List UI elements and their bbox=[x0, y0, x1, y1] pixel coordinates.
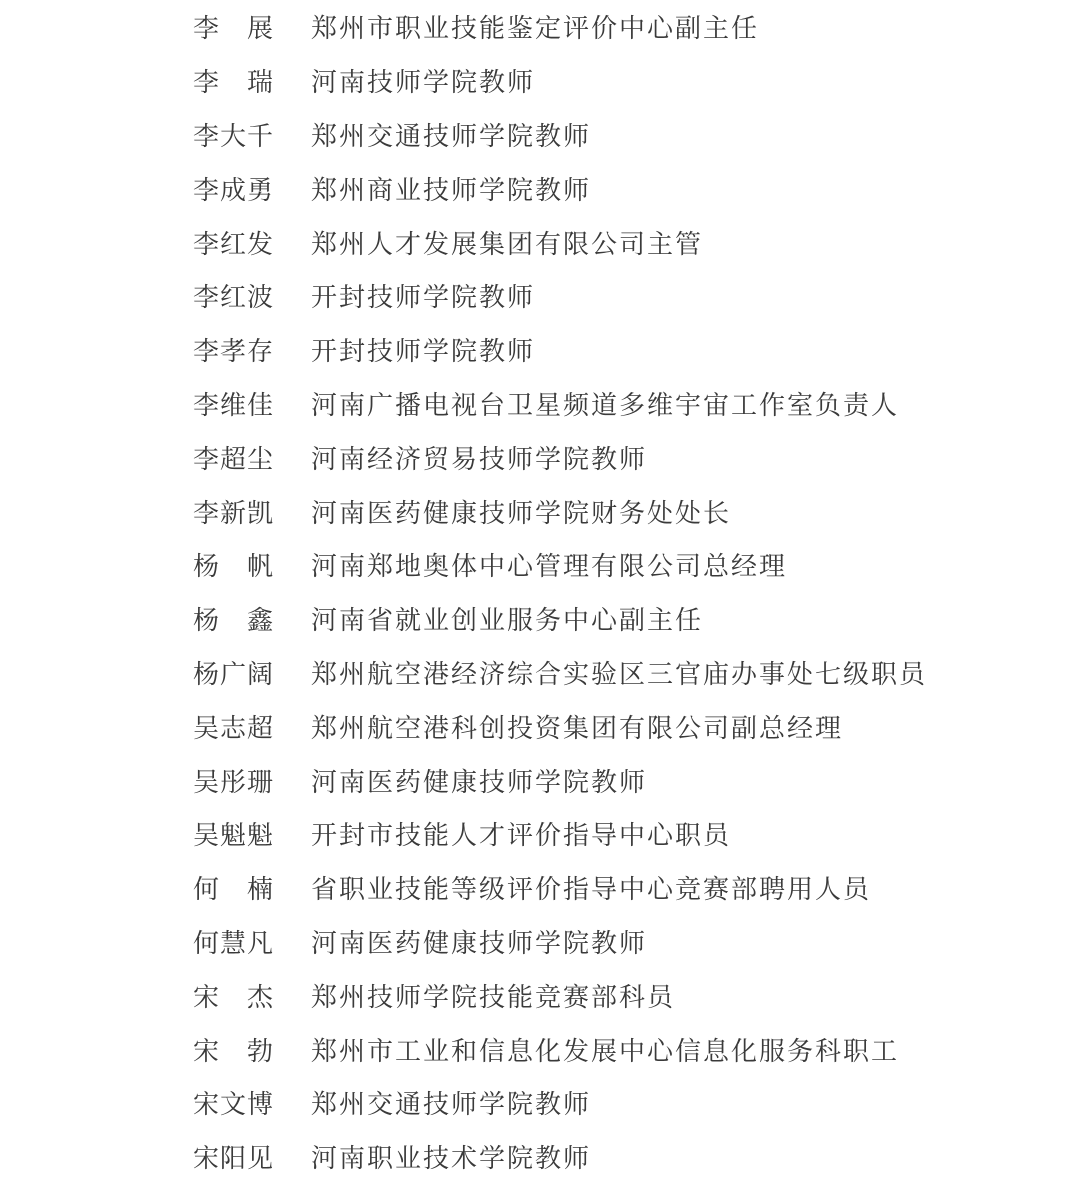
person-name: 李红发 bbox=[193, 224, 275, 261]
list-item: 吴彤珊 河南医药健康技师学院教师 bbox=[0, 753, 1080, 807]
list-item: 杨广阔 郑州航空港经济综合实验区三官庙办事处七级职员 bbox=[0, 646, 1080, 700]
document-page: 李 展 郑州市职业技能鉴定评价中心副主任 李 瑞 河南技师学院教师 李大千 郑州… bbox=[0, 0, 1080, 1184]
list-item: 吴志超 郑州航空港科创投资集团有限公司副总经理 bbox=[0, 699, 1080, 753]
person-title: 河南技师学院教师 bbox=[311, 62, 535, 99]
person-name: 李大千 bbox=[193, 116, 275, 153]
list-item: 李红波 开封技师学院教师 bbox=[0, 269, 1080, 323]
person-name: 杨 帆 bbox=[193, 546, 275, 583]
list-item: 李大千 郑州交通技师学院教师 bbox=[0, 108, 1080, 162]
person-name: 李红波 bbox=[193, 277, 275, 314]
person-name: 李新凯 bbox=[193, 493, 275, 530]
person-name: 杨广阔 bbox=[193, 654, 275, 691]
person-name: 李孝存 bbox=[193, 331, 275, 368]
person-name: 何 楠 bbox=[193, 869, 275, 906]
person-name: 李 展 bbox=[193, 8, 275, 45]
person-name: 李 瑞 bbox=[193, 62, 275, 99]
person-title: 郑州航空港经济综合实验区三官庙办事处七级职员 bbox=[311, 654, 927, 691]
person-title: 开封技师学院教师 bbox=[311, 277, 535, 314]
person-name: 杨 鑫 bbox=[193, 600, 275, 637]
person-name: 李超尘 bbox=[193, 439, 275, 476]
person-title: 郑州技师学院技能竞赛部科员 bbox=[311, 977, 675, 1014]
list-item: 吴魁魁 开封市技能人才评价指导中心职员 bbox=[0, 807, 1080, 861]
list-item: 何 楠 省职业技能等级评价指导中心竞赛部聘用人员 bbox=[0, 861, 1080, 915]
person-name: 宋 杰 bbox=[193, 977, 275, 1014]
person-title: 河南广播电视台卫星频道多维宇宙工作室负责人 bbox=[311, 385, 899, 422]
list-item: 李新凯 河南医药健康技师学院财务处处长 bbox=[0, 484, 1080, 538]
person-name: 吴魁魁 bbox=[193, 815, 275, 852]
list-item: 杨 鑫 河南省就业创业服务中心副主任 bbox=[0, 592, 1080, 646]
list-item: 宋 勃 郑州市工业和信息化发展中心信息化服务科职工 bbox=[0, 1022, 1080, 1076]
person-name: 李维佳 bbox=[193, 385, 275, 422]
person-name: 宋阳见 bbox=[193, 1138, 275, 1175]
person-title: 郑州交通技师学院教师 bbox=[311, 116, 591, 153]
person-title: 河南省就业创业服务中心副主任 bbox=[311, 600, 703, 637]
list-item: 宋 杰 郑州技师学院技能竞赛部科员 bbox=[0, 968, 1080, 1022]
person-name: 何慧凡 bbox=[193, 923, 275, 960]
person-name: 吴彤珊 bbox=[193, 762, 275, 799]
person-title: 河南医药健康技师学院财务处处长 bbox=[311, 493, 731, 530]
list-item: 李 展 郑州市职业技能鉴定评价中心副主任 bbox=[0, 0, 1080, 54]
list-item: 何慧凡 河南医药健康技师学院教师 bbox=[0, 915, 1080, 969]
person-title: 河南职业技术学院教师 bbox=[311, 1138, 591, 1175]
person-title: 河南医药健康技师学院教师 bbox=[311, 923, 647, 960]
person-title: 郑州商业技师学院教师 bbox=[311, 170, 591, 207]
person-title: 河南郑地奥体中心管理有限公司总经理 bbox=[311, 546, 787, 583]
person-name: 吴志超 bbox=[193, 708, 275, 745]
person-title: 郑州交通技师学院教师 bbox=[311, 1084, 591, 1121]
list-item: 李超尘 河南经济贸易技师学院教师 bbox=[0, 430, 1080, 484]
person-title: 开封市技能人才评价指导中心职员 bbox=[311, 815, 731, 852]
person-title: 河南医药健康技师学院教师 bbox=[311, 762, 647, 799]
list-item: 宋文博 郑州交通技师学院教师 bbox=[0, 1076, 1080, 1130]
recognition-list: 李 展 郑州市职业技能鉴定评价中心副主任 李 瑞 河南技师学院教师 李大千 郑州… bbox=[0, 0, 1080, 1184]
person-title: 郑州人才发展集团有限公司主管 bbox=[311, 224, 703, 261]
person-title: 郑州市职业技能鉴定评价中心副主任 bbox=[311, 8, 759, 45]
list-item: 杨 帆 河南郑地奥体中心管理有限公司总经理 bbox=[0, 538, 1080, 592]
person-title: 开封技师学院教师 bbox=[311, 331, 535, 368]
list-item: 李红发 郑州人才发展集团有限公司主管 bbox=[0, 215, 1080, 269]
list-item: 李维佳 河南广播电视台卫星频道多维宇宙工作室负责人 bbox=[0, 377, 1080, 431]
person-title: 省职业技能等级评价指导中心竞赛部聘用人员 bbox=[311, 869, 871, 906]
person-title: 郑州航空港科创投资集团有限公司副总经理 bbox=[311, 708, 843, 745]
person-name: 宋 勃 bbox=[193, 1031, 275, 1068]
person-name: 宋文博 bbox=[193, 1084, 275, 1121]
person-name: 李成勇 bbox=[193, 170, 275, 207]
list-item: 李孝存 开封技师学院教师 bbox=[0, 323, 1080, 377]
list-item: 李成勇 郑州商业技师学院教师 bbox=[0, 161, 1080, 215]
person-title: 河南经济贸易技师学院教师 bbox=[311, 439, 647, 476]
list-item: 李 瑞 河南技师学院教师 bbox=[0, 54, 1080, 108]
person-title: 郑州市工业和信息化发展中心信息化服务科职工 bbox=[311, 1031, 899, 1068]
list-item: 宋阳见 河南职业技术学院教师 bbox=[0, 1130, 1080, 1184]
